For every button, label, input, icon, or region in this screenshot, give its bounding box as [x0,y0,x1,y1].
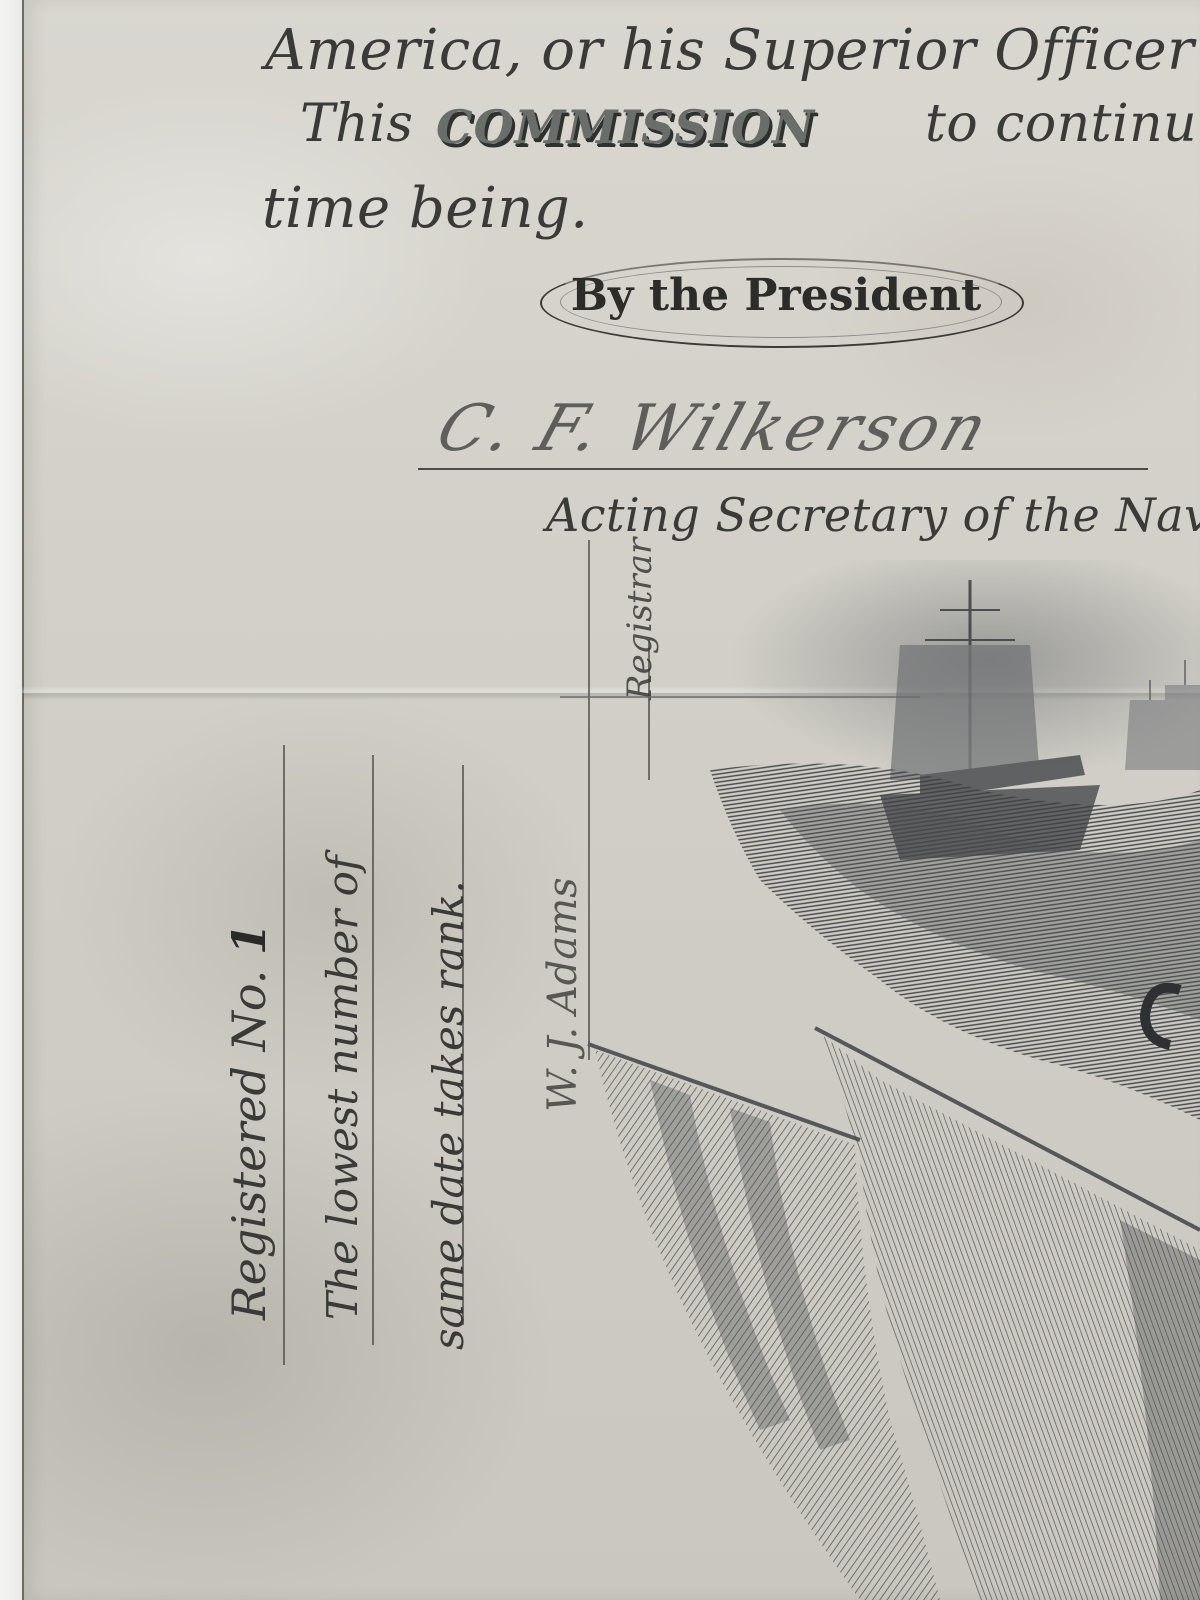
commission-heading: COMMISSION [436,100,815,154]
body-text-line-2-tail: to continu [925,94,1197,154]
registered-number-line: Registered No. 1 [222,923,276,1320]
by-the-president-heading: By the President [566,270,986,321]
registered-number: 1 [222,923,276,955]
ruled-line [283,745,285,1365]
secretary-signature: C. F. Wilkerson [428,392,1000,466]
registration-note-line-3: same date takes rank. [424,880,473,1350]
body-text-line-2-lead: This [300,94,414,154]
frame-mat [0,0,24,1600]
naval-engraving-illustration [560,560,1200,1600]
body-text-line-3: time being. [262,176,589,241]
signature-title: Acting Secretary of the Navy [546,488,1200,542]
ruled-line [372,755,374,1345]
signature-rule [418,468,1148,470]
registered-label: Registered No. [222,970,276,1320]
registration-note-line-2: The lowest number of [318,855,367,1320]
body-text-line-1: America, or his Superior Officer [265,18,1194,83]
